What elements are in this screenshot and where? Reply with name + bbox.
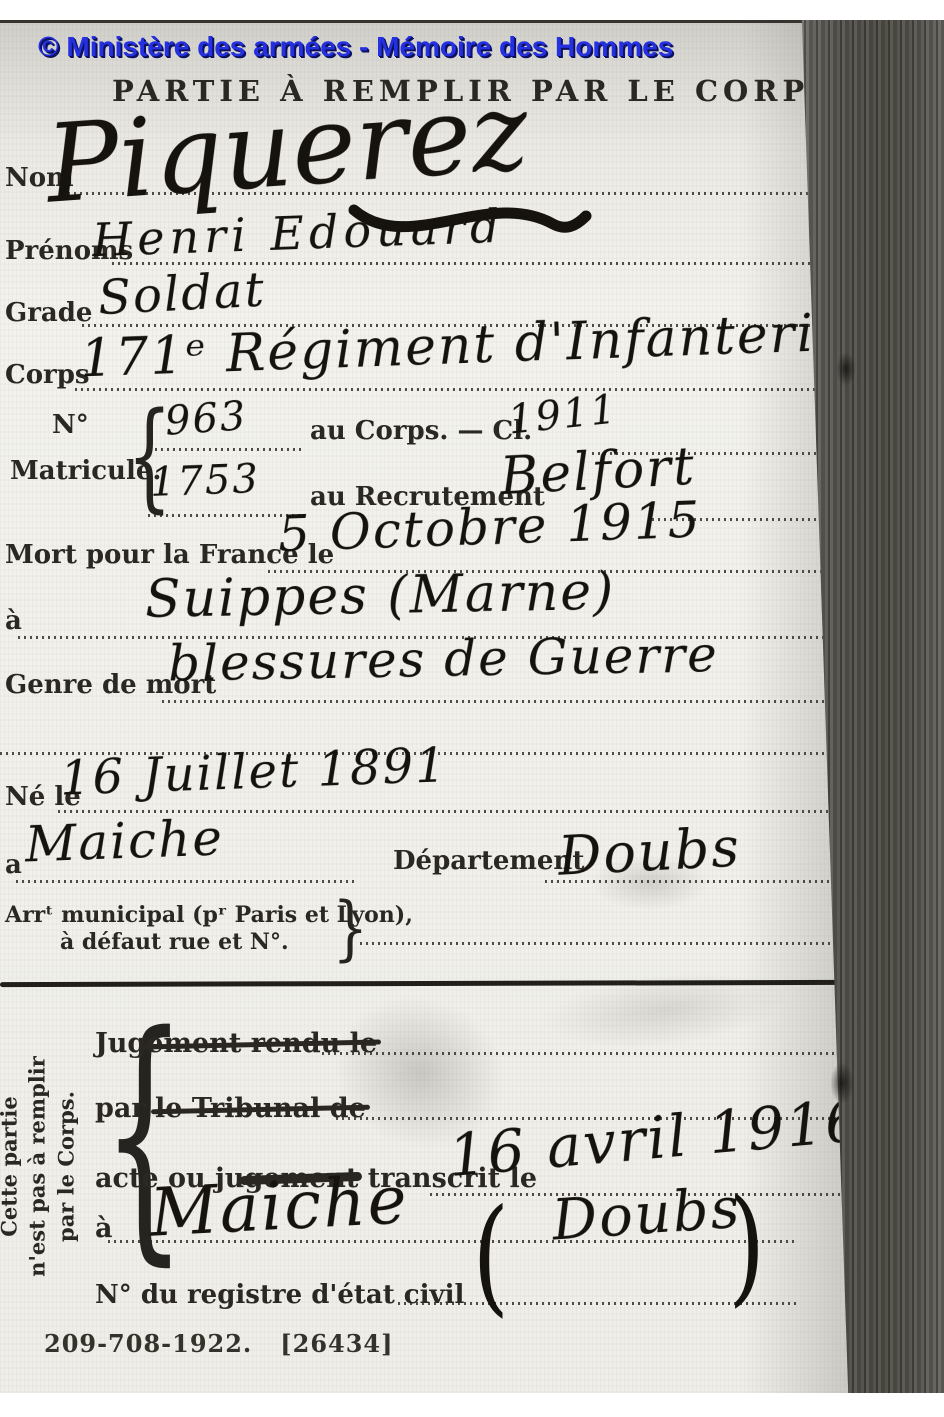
par-tribunal-label: par le Tribunal de <box>95 1093 366 1124</box>
binding-knot-mark <box>836 352 856 386</box>
mort-a-label: à <box>5 606 22 636</box>
watermark-text: © Ministère des armées - Mémoire des Hom… <box>38 31 673 63</box>
corps-label: Corps <box>5 360 90 390</box>
imprint-number: 209-708-1922. <box>44 1329 252 1358</box>
par-tribunal-struck-text: le Tribunal de <box>155 1093 366 1124</box>
scanned-death-record-page: © Ministère des armées - Mémoire des Hom… <box>0 0 944 1417</box>
matricule-label-line1: N° <box>52 410 89 440</box>
jugement-rendu-dotted-line <box>322 1052 848 1055</box>
grade-handwritten: Soldat <box>97 262 267 327</box>
departement-handwritten: Doubs <box>556 815 742 887</box>
par-tribunal-pre: par <box>95 1093 155 1124</box>
mort-a-handwritten: Suippes (Marne) <box>145 562 616 630</box>
grade-label: Grade <box>5 298 92 328</box>
jugement-rendu-struck-text: ement rendu le <box>146 1028 377 1059</box>
jugement-rendu-pre: Jug <box>95 1028 146 1059</box>
paren-open-handwritten: ( <box>472 1182 510 1329</box>
matricule-corps-number-handwritten: 963 <box>163 393 248 445</box>
arr-municipal-brace: } <box>332 893 368 963</box>
side-note-vertical: Cette partie n'est pas à remplir par le … <box>0 1017 81 1317</box>
ne-a-handwritten: Maiche <box>24 809 225 874</box>
side-note-line2: n'est pas à remplir <box>24 1017 52 1317</box>
transcrit-a-lieu-handwritten: Maiche <box>148 1161 410 1251</box>
arr-municipal-label-line2: à défaut rue et N°. <box>60 929 289 955</box>
genre-mort-handwritten: blessures de Guerre <box>168 625 720 693</box>
imprint-footer: 209-708-1922.[26434] <box>44 1329 394 1358</box>
genre-mort-dotted-line <box>162 700 848 703</box>
registre-label: N° du registre d'état civil <box>95 1280 464 1310</box>
jugement-rendu-label: Jugement rendu le <box>95 1028 377 1059</box>
side-note-line1: Cette partie <box>0 1017 24 1317</box>
transcrit-a-dept-handwritten: Doubs <box>550 1175 743 1253</box>
paren-close-handwritten: ) <box>728 1172 766 1319</box>
au-corps-classe-label: au Corps. — Cl. <box>310 416 532 446</box>
imprint-reference: [26434] <box>280 1329 393 1358</box>
departement-label: Département <box>393 846 584 876</box>
scan-margin-top <box>0 0 944 20</box>
ne-a-dotted-line <box>16 880 354 883</box>
scan-margin-bottom <box>0 1393 944 1417</box>
ne-a-label: a <box>5 850 22 880</box>
binding-knot-mark <box>830 1062 854 1104</box>
side-note-line3: par le Corps. <box>52 1017 80 1317</box>
transcrit-a-label: à <box>95 1213 113 1244</box>
arr-municipal-dotted-line <box>360 942 848 945</box>
matricule-corps-dotted-line <box>155 448 303 451</box>
corps-dotted-line <box>75 388 848 391</box>
matricule-recrutement-number-handwritten: 1753 <box>149 456 260 506</box>
